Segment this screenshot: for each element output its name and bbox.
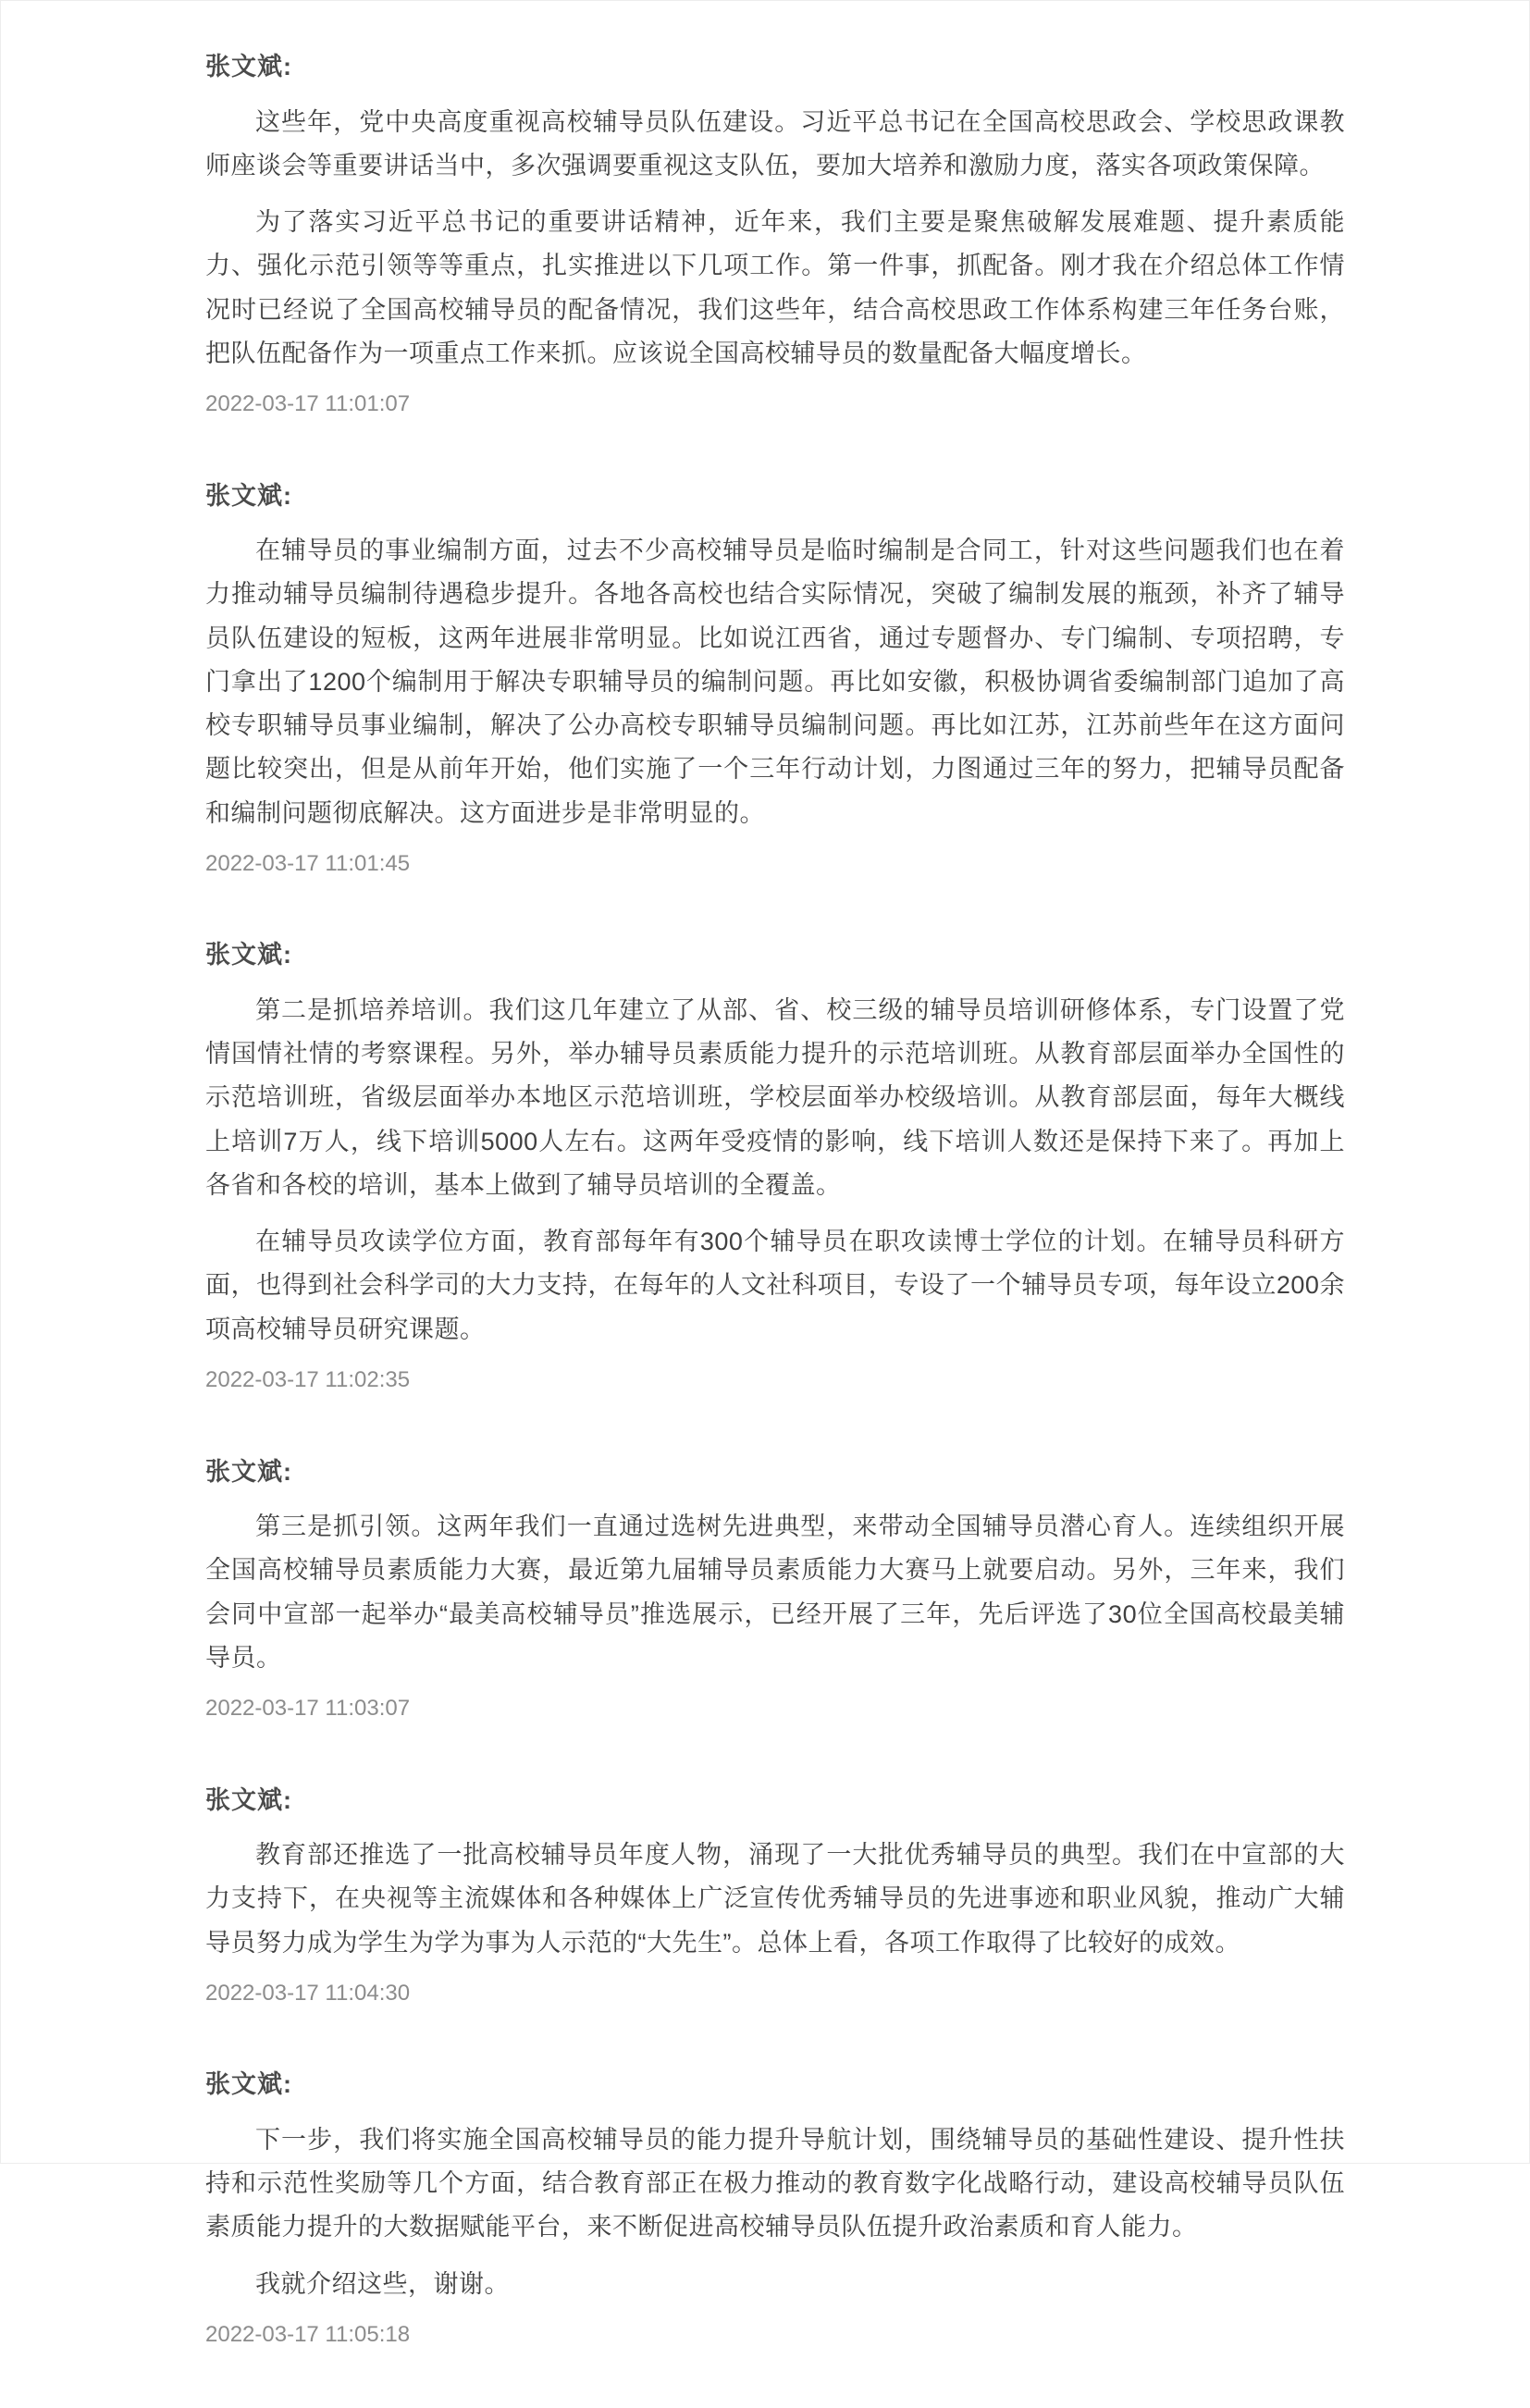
message-timestamp: 2022-03-17 11:03:07 <box>205 1693 1345 1724</box>
message-paragraph: 为了落实习近平总书记的重要讲话精神，近年来，我们主要是聚焦破解发展难题、提升素质… <box>205 201 1345 376</box>
message-timestamp: 2022-03-17 11:02:35 <box>205 1365 1345 1396</box>
message-timestamp: 2022-03-17 11:04:30 <box>205 1978 1345 2009</box>
transcript-message: 张文斌: 这些年，党中央高度重视高校辅导员队伍建设。习近平总书记在全国高校思政会… <box>205 48 1345 420</box>
transcript-message: 张文斌: 教育部还推选了一批高校辅导员年度人物，涌现了一大批优秀辅导员的典型。我… <box>205 1782 1345 2009</box>
message-paragraph: 在辅导员的事业编制方面，过去不少高校辅导员是临时编制是合同工，针对这些问题我们也… <box>205 529 1345 835</box>
message-paragraph: 在辅导员攻读学位方面，教育部每年有300个辅导员在职攻读博士学位的计划。在辅导员… <box>205 1220 1345 1352</box>
transcript-message: 张文斌: 在辅导员的事业编制方面，过去不少高校辅导员是临时编制是合同工，针对这些… <box>205 477 1345 880</box>
speaker-name: 张文斌: <box>205 1453 1345 1491</box>
message-timestamp: 2022-03-17 11:01:45 <box>205 848 1345 880</box>
message-paragraph: 这些年，党中央高度重视高校辅导员队伍建设。习近平总书记在全国高校思政会、学校思政… <box>205 101 1345 189</box>
transcript-message: 张文斌: 第三是抓引领。这两年我们一直通过选树先进典型，来带动全国辅导员潜心育人… <box>205 1453 1345 1724</box>
message-paragraph: 第二是抓培养培训。我们这几年建立了从部、省、校三级的辅导员培训研修体系，专门设置… <box>205 989 1345 1207</box>
speaker-name: 张文斌: <box>205 1782 1345 1820</box>
speaker-name: 张文斌: <box>205 477 1345 515</box>
transcript-message: 张文斌: 第二是抓培养培训。我们这几年建立了从部、省、校三级的辅导员培训研修体系… <box>205 936 1345 1395</box>
message-timestamp: 2022-03-17 11:01:07 <box>205 389 1345 420</box>
message-paragraph: 教育部还推选了一批高校辅导员年度人物，涌现了一大批优秀辅导员的典型。我们在中宣部… <box>205 1834 1345 1965</box>
transcript-page: 张文斌: 这些年，党中央高度重视高校辅导员队伍建设。习近平总书记在全国高校思政会… <box>0 0 1530 2164</box>
speaker-name: 张文斌: <box>205 48 1345 86</box>
speaker-name: 张文斌: <box>205 936 1345 974</box>
transcript-message: 张文斌: 下一步，我们将实施全国高校辅导员的能力提升导航计划，围绕辅导员的基础性… <box>205 2066 1345 2164</box>
transcript-content: 张文斌: 这些年，党中央高度重视高校辅导员队伍建设。习近平总书记在全国高校思政会… <box>205 48 1345 2164</box>
speaker-name: 张文斌: <box>205 2066 1345 2104</box>
message-paragraph: 下一步，我们将实施全国高校辅导员的能力提升导航计划，围绕辅导员的基础性建设、提升… <box>205 2118 1345 2164</box>
message-paragraph: 第三是抓引领。这两年我们一直通过选树先进典型，来带动全国辅导员潜心育人。连续组织… <box>205 1505 1345 1680</box>
